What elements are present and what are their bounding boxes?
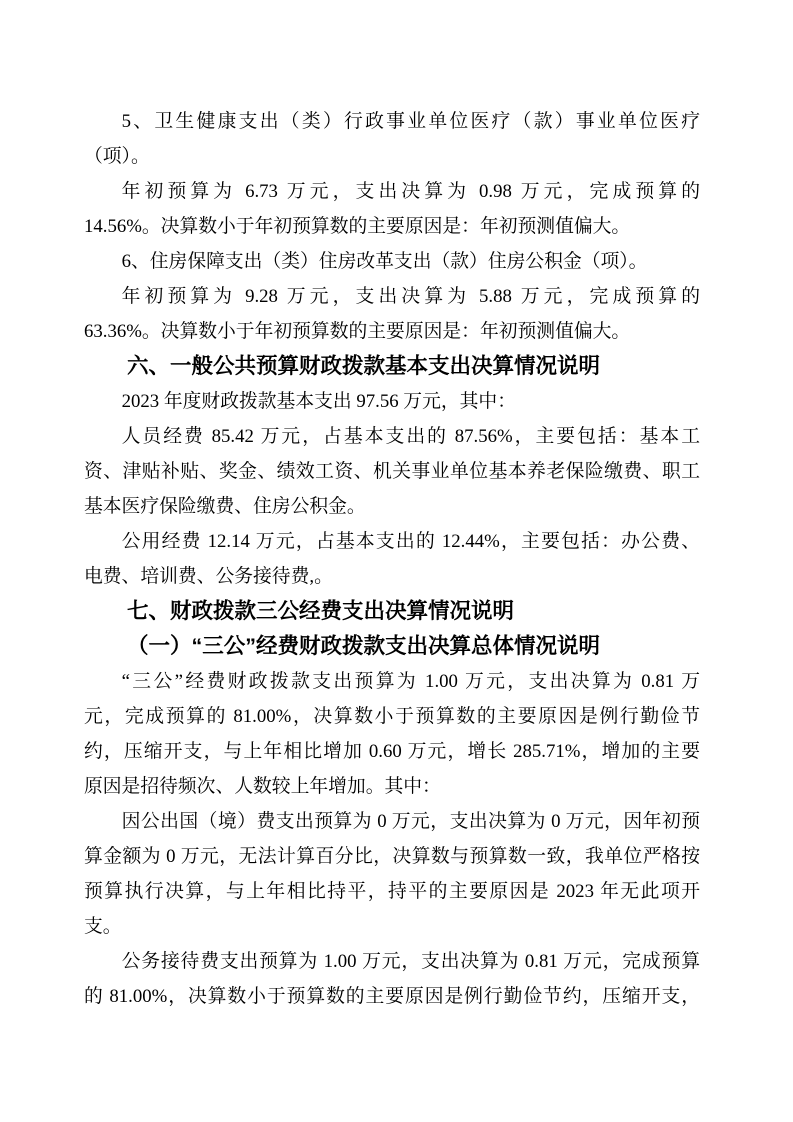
paragraph-line: 公用经费 12.14 万元，占基本支出的 12.44%，主要包括：办公费、 xyxy=(84,524,700,559)
section-heading: 七、财政拨款三公经费支出决算情况说明 xyxy=(84,594,700,629)
section-heading: 六、一般公共预算财政拨款基本支出决算情况说明 xyxy=(84,349,700,384)
paragraph-line: 原因是招待频次、人数较上年增加。其中： xyxy=(84,769,700,804)
document-text-block: 5、卫生健康支出（类）行政事业单位医疗（款）事业单位医疗（项）。年初预算为 6.… xyxy=(84,104,700,1014)
paragraph-line: 资、津贴补贴、奖金、绩效工资、机关事业单位基本养老保险缴费、职工 xyxy=(84,454,700,489)
paragraph-line: 年初预算为 6.73 万元，支出决算为 0.98 万元，完成预算的 xyxy=(84,174,700,209)
paragraph-line: 6、住房保障支出（类）住房改革支出（款）住房公积金（项）。 xyxy=(84,244,700,279)
paragraph-line: 基本医疗保险缴费、住房公积金。 xyxy=(84,489,700,524)
paragraph-line: 年初预算为 9.28 万元，支出决算为 5.88 万元，完成预算的 xyxy=(84,279,700,314)
paragraph-line: 63.36%。决算数小于年初预算数的主要原因是：年初预测值偏大。 xyxy=(84,314,700,349)
paragraph-line: 5、卫生健康支出（类）行政事业单位医疗（款）事业单位医疗 xyxy=(84,104,700,139)
paragraph-line: 公务接待费支出预算为 1.00 万元，支出决算为 0.81 万元，完成预算 xyxy=(84,944,700,979)
paragraph-line: “三公”经费财政拨款支出预算为 1.00 万元，支出决算为 0.81 万 xyxy=(84,664,700,699)
document-page: 5、卫生健康支出（类）行政事业单位医疗（款）事业单位医疗（项）。年初预算为 6.… xyxy=(0,0,793,1122)
paragraph-line: 算金额为 0 万元，无法计算百分比，决算数与预算数一致，我单位严格按 xyxy=(84,839,700,874)
paragraph-line: （项）。 xyxy=(84,139,700,174)
paragraph-line: 因公出国（境）费支出预算为 0 万元，支出决算为 0 万元，因年初预 xyxy=(84,804,700,839)
paragraph-line: 预算执行决算，与上年相比持平，持平的主要原因是 2023 年无此项开 xyxy=(84,874,700,909)
paragraph-line: 14.56%。决算数小于年初预算数的主要原因是：年初预测值偏大。 xyxy=(84,209,700,244)
paragraph-line: 人员经费 85.42 万元，占基本支出的 87.56%，主要包括：基本工 xyxy=(84,419,700,454)
paragraph-line: 的 81.00%，决算数小于预算数的主要原因是例行勤俭节约，压缩开支， xyxy=(84,979,700,1014)
paragraph-line: 支。 xyxy=(84,909,700,944)
paragraph-line: 元，完成预算的 81.00%，决算数小于预算数的主要原因是例行勤俭节 xyxy=(84,699,700,734)
paragraph-line: 2023 年度财政拨款基本支出 97.56 万元，其中： xyxy=(84,384,700,419)
paragraph-line: 约，压缩开支，与上年相比增加 0.60 万元，增长 285.71%，增加的主要 xyxy=(84,734,700,769)
paragraph-line: 电费、培训费、公务接待费,。 xyxy=(84,559,700,594)
section-heading: （一）“三公”经费财政拨款支出决算总体情况说明 xyxy=(84,629,700,664)
